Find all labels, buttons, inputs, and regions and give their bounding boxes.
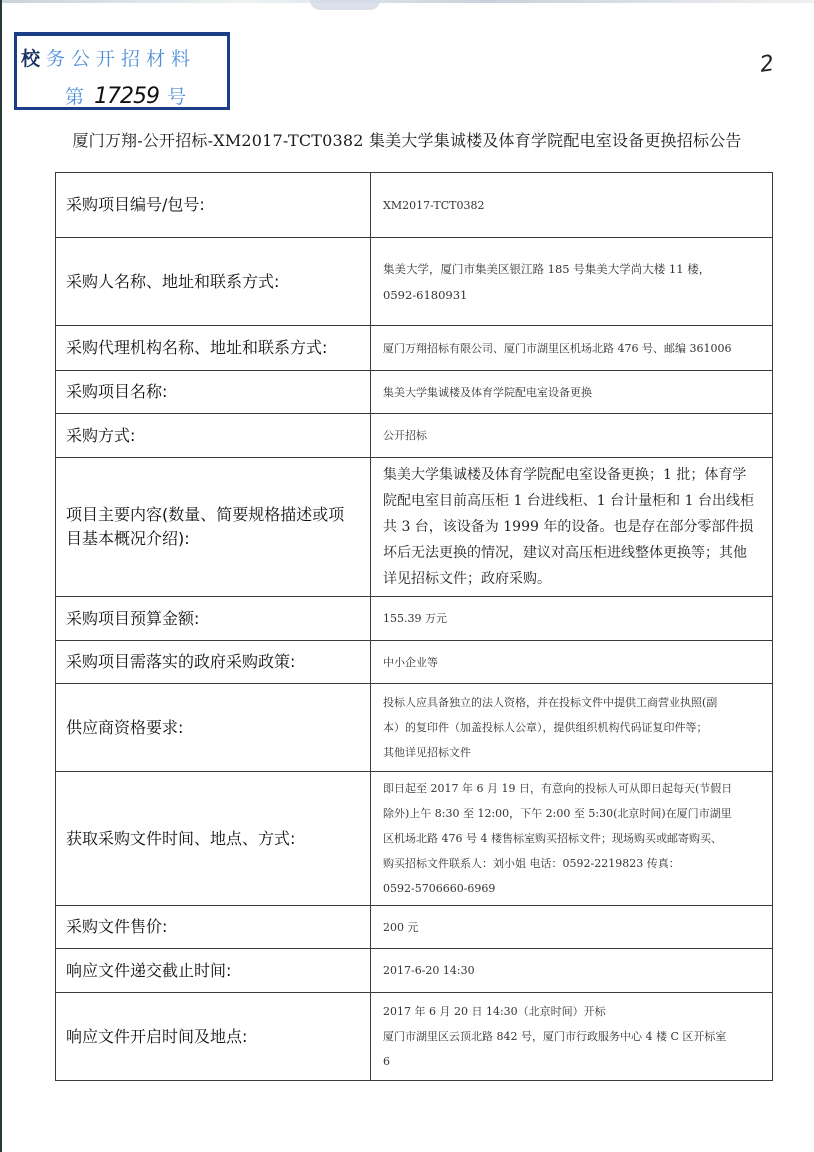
value-line: 共 3 台，该设备为 1999 年的设备。也是存在部分零部件损 [383, 514, 760, 540]
value-purchaser: 集美大学，厦门市集美区银江路 185 号集美大学尚大楼 11 楼， 0592-6… [371, 238, 773, 326]
value-procurement-method: 公开招标 [371, 414, 773, 458]
stamp-number-prefix: 第 [65, 86, 86, 108]
scan-smudge [310, 0, 380, 10]
label-main-content: 项目主要内容(数量、简要规格描述或项目基本概况介绍): [56, 458, 371, 597]
value-line: 厦门万翔招标有限公司、厦门市湖里区机场北路 476 号、邮编 361006 [383, 336, 760, 361]
row-document-price: 采购文件售价: 200 元 [56, 906, 773, 949]
value-line: 6 [383, 1049, 760, 1074]
label-procurement-method: 采购方式: [56, 414, 371, 458]
value-line: 集美大学集诚楼及体育学院配电室设备更换；1 批；体育学 [383, 462, 760, 488]
row-procurement-method: 采购方式: 公开招标 [56, 414, 773, 458]
value-line: 本）的复印件（加盖投标人公章），提供组织机构代码证复印件等； [383, 715, 760, 740]
label-document-price: 采购文件售价: [56, 906, 371, 949]
value-budget: 155.39 万元 [371, 597, 773, 641]
label-project-name: 采购项目名称: [56, 371, 371, 414]
value-line: 0592-5706660-6969 [383, 876, 760, 901]
scan-top-edge [0, 0, 814, 3]
value-line: 2017-6-20 14:30 [383, 958, 760, 983]
row-budget: 采购项目预算金额: 155.39 万元 [56, 597, 773, 641]
row-supplier-qualification: 供应商资格要求: 投标人应具备独立的法人资格，并在投标文件中提供工商营业执照(副… [56, 684, 773, 772]
value-submission-deadline: 2017-6-20 14:30 [371, 949, 773, 993]
value-line: 0592-6180931 [383, 282, 760, 308]
label-policy: 采购项目需落实的政府采购政策: [56, 641, 371, 684]
value-document-acquisition: 即日起至 2017 年 6 月 19 日，有意向的投标人可从即日起每天(节假日 … [371, 772, 773, 906]
stamp-number-line: 第 17259 号 [65, 82, 188, 109]
value-agency: 厦门万翔招标有限公司、厦门市湖里区机场北路 476 号、邮编 361006 [371, 326, 773, 371]
value-line: 除外)上午 8:30 至 12:00，下午 2:00 至 5:30(北京时间)在… [383, 801, 760, 826]
value-project-name: 集美大学集诚楼及体育学院配电室设备更换 [371, 371, 773, 414]
value-line: XM2017-TCT0382 [383, 193, 760, 218]
value-line: 155.39 万元 [383, 606, 760, 631]
label-agency: 采购代理机构名称、地址和联系方式: [56, 326, 371, 371]
value-line: 其他详见招标文件 [383, 740, 760, 765]
row-project-name: 采购项目名称: 集美大学集诚楼及体育学院配电室设备更换 [56, 371, 773, 414]
value-project-number: XM2017-TCT0382 [371, 173, 773, 238]
value-line: 区机场北路 476 号 4 楼售标室购买招标文件；现场购买或邮寄购买、 [383, 826, 760, 851]
value-line: 集美大学集诚楼及体育学院配电室设备更换 [383, 380, 760, 405]
value-line: 即日起至 2017 年 6 月 19 日，有意向的投标人可从即日起每天(节假日 [383, 776, 760, 801]
label-budget: 采购项目预算金额: [56, 597, 371, 641]
archive-stamp: 校务公开招材料 第 17259 号 [14, 32, 230, 110]
label-supplier-qualification: 供应商资格要求: [56, 684, 371, 772]
value-line: 购买招标文件联系人：刘小姐 电话：0592-2219823 传真： [383, 851, 760, 876]
row-document-acquisition: 获取采购文件时间、地点、方式: 即日起至 2017 年 6 月 19 日，有意向… [56, 772, 773, 906]
label-submission-deadline: 响应文件递交截止时间: [56, 949, 371, 993]
value-line: 详见招标文件；政府采购。 [383, 566, 760, 592]
value-supplier-qualification: 投标人应具备独立的法人资格，并在投标文件中提供工商营业执照(副 本）的复印件（加… [371, 684, 773, 772]
value-main-content: 集美大学集诚楼及体育学院配电室设备更换；1 批；体育学 院配电室目前高压柜 1 … [371, 458, 773, 597]
value-document-price: 200 元 [371, 906, 773, 949]
stamp-heading: 校务公开招材料 [21, 44, 196, 71]
value-line: 中小企业等 [383, 650, 760, 675]
label-document-acquisition: 获取采购文件时间、地点、方式: [56, 772, 371, 906]
value-line: 集美大学，厦门市集美区银江路 185 号集美大学尚大楼 11 楼， [383, 256, 760, 282]
row-purchaser: 采购人名称、地址和联系方式: 集美大学，厦门市集美区银江路 185 号集美大学尚… [56, 238, 773, 326]
value-line: 院配电室目前高压柜 1 台进线柜、1 台计量柜和 1 台出线柜 [383, 488, 760, 514]
value-opening-time-place: 2017 年 6 月 20 日 14:30（北京时间）开标 厦门市湖里区云顶北路… [371, 993, 773, 1081]
row-opening-time-place: 响应文件开启时间及地点: 2017 年 6 月 20 日 14:30（北京时间）… [56, 993, 773, 1081]
stamp-heading-first-char: 校 [21, 48, 46, 70]
value-line: 200 元 [383, 915, 760, 940]
document-title: 厦门万翔-公开招标-XM2017-TCT0382 集美大学集诚楼及体育学院配电室… [0, 128, 814, 151]
tender-notice-table: 采购项目编号/包号: XM2017-TCT0382 采购人名称、地址和联系方式:… [55, 172, 773, 1081]
row-main-content: 项目主要内容(数量、简要规格描述或项目基本概况介绍): 集美大学集诚楼及体育学院… [56, 458, 773, 597]
row-submission-deadline: 响应文件递交截止时间: 2017-6-20 14:30 [56, 949, 773, 993]
label-purchaser: 采购人名称、地址和联系方式: [56, 238, 371, 326]
row-agency: 采购代理机构名称、地址和联系方式: 厦门万翔招标有限公司、厦门市湖里区机场北路 … [56, 326, 773, 371]
scan-left-edge [0, 0, 2, 1152]
handwritten-page-number: 2 [758, 51, 775, 78]
value-line: 坏后无法更换的情况，建议对高压柜进线整体更换等；其他 [383, 540, 760, 566]
stamp-handwritten-number: 17259 [94, 84, 159, 109]
value-line: 公开招标 [383, 423, 760, 448]
stamp-heading-text: 务公开招材料 [46, 48, 196, 70]
value-line: 厦门市湖里区云顶北路 842 号，厦门市行政服务中心 4 楼 C 区开标室 [383, 1024, 760, 1049]
stamp-number-suffix: 号 [167, 86, 188, 108]
label-opening-time-place: 响应文件开启时间及地点: [56, 993, 371, 1081]
row-project-number: 采购项目编号/包号: XM2017-TCT0382 [56, 173, 773, 238]
value-line: 投标人应具备独立的法人资格，并在投标文件中提供工商营业执照(副 [383, 690, 760, 715]
value-policy: 中小企业等 [371, 641, 773, 684]
value-line: 2017 年 6 月 20 日 14:30（北京时间）开标 [383, 999, 760, 1024]
row-policy: 采购项目需落实的政府采购政策: 中小企业等 [56, 641, 773, 684]
label-project-number: 采购项目编号/包号: [56, 173, 371, 238]
